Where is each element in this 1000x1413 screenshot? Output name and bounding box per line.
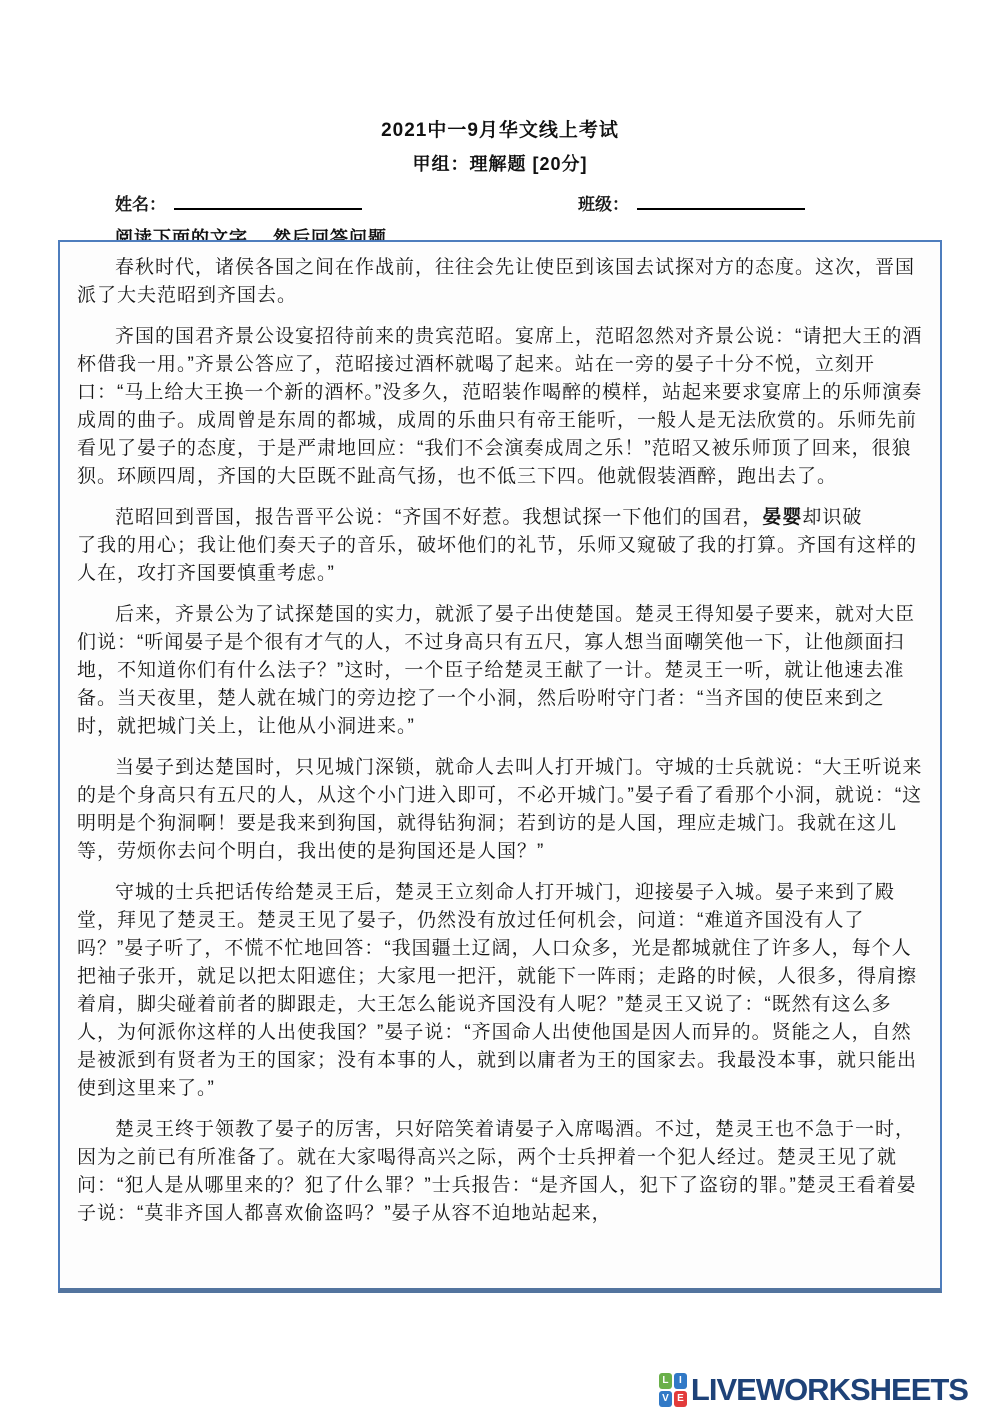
name-blank-input[interactable] bbox=[174, 195, 362, 210]
class-blank-input[interactable] bbox=[637, 195, 805, 210]
logo-tile-v: V bbox=[659, 1391, 672, 1407]
passage-paragraph-5: 当晏子到达楚国时，只见城门深锁，就命人去叫人打开城门。守城的士兵就说：“大王听说… bbox=[77, 754, 923, 866]
passage-paragraph-3: 范昭回到晋国，报告晋平公说：“齐国不好惹。我想试探一下他们的国君，晏婴却识破 了… bbox=[77, 504, 923, 588]
worksheet-page: 2021中一9月华文线上考试 甲组：理解题 [20分] 姓名： 班级： 阅读下面… bbox=[0, 0, 1000, 1413]
passage-box: 春秋时代，诸侯各国之间在作战前，往往会先让使臣到该国去试探对方的态度。这次，晋国… bbox=[58, 240, 942, 1293]
logo-tile-i: I bbox=[674, 1373, 687, 1389]
class-label: 班级： bbox=[578, 195, 629, 214]
liveworksheets-tiles-icon: L I V E bbox=[659, 1373, 687, 1407]
logo-tile-e: E bbox=[674, 1391, 687, 1407]
passage-paragraph-1: 春秋时代，诸侯各国之间在作战前，往往会先让使臣到该国去试探对方的态度。这次，晋国… bbox=[77, 254, 923, 310]
passage-paragraph-7: 楚灵王终于领教了晏子的厉害，只好陪笑着请晏子入席喝酒。不过，楚灵王也不急于一时，… bbox=[77, 1116, 923, 1228]
class-field: 班级： bbox=[578, 190, 805, 215]
name-field: 姓名： bbox=[115, 190, 362, 215]
name-label: 姓名： bbox=[115, 195, 166, 214]
paragraph-3-pre: 范昭回到晋国，报告晋平公说：“齐国不好惹。我想试探一下他们的国君， bbox=[115, 507, 762, 528]
name-class-row: 姓名： 班级： bbox=[0, 190, 1000, 220]
passage-paragraph-2: 齐国的国君齐景公设宴招待前来的贵宾范昭。宴席上，范昭忽然对齐景公说：“请把大王的… bbox=[77, 323, 923, 491]
passage-paragraph-6: 守城的士兵把话传给楚灵王后，楚灵王立刻命人打开城门，迎接晏子入城。晏子来到了殿堂… bbox=[77, 879, 923, 1103]
liveworksheets-wordmark: LIVEWORKSHEETS bbox=[691, 1372, 968, 1408]
passage-paragraph-4: 后来，齐景公为了试探楚国的实力，就派了晏子出使楚国。楚灵王得知晏子要来，就对大臣… bbox=[77, 601, 923, 741]
page-subtitle: 甲组：理解题 [20分] bbox=[0, 150, 1000, 176]
logo-tile-l: L bbox=[659, 1373, 672, 1389]
paragraph-3-bold-name: 晏婴 bbox=[762, 507, 802, 528]
liveworksheets-logo-link[interactable]: L I V E LIVEWORKSHEETS bbox=[659, 1372, 968, 1408]
page-title: 2021中一9月华文线上考试 bbox=[0, 115, 1000, 142]
